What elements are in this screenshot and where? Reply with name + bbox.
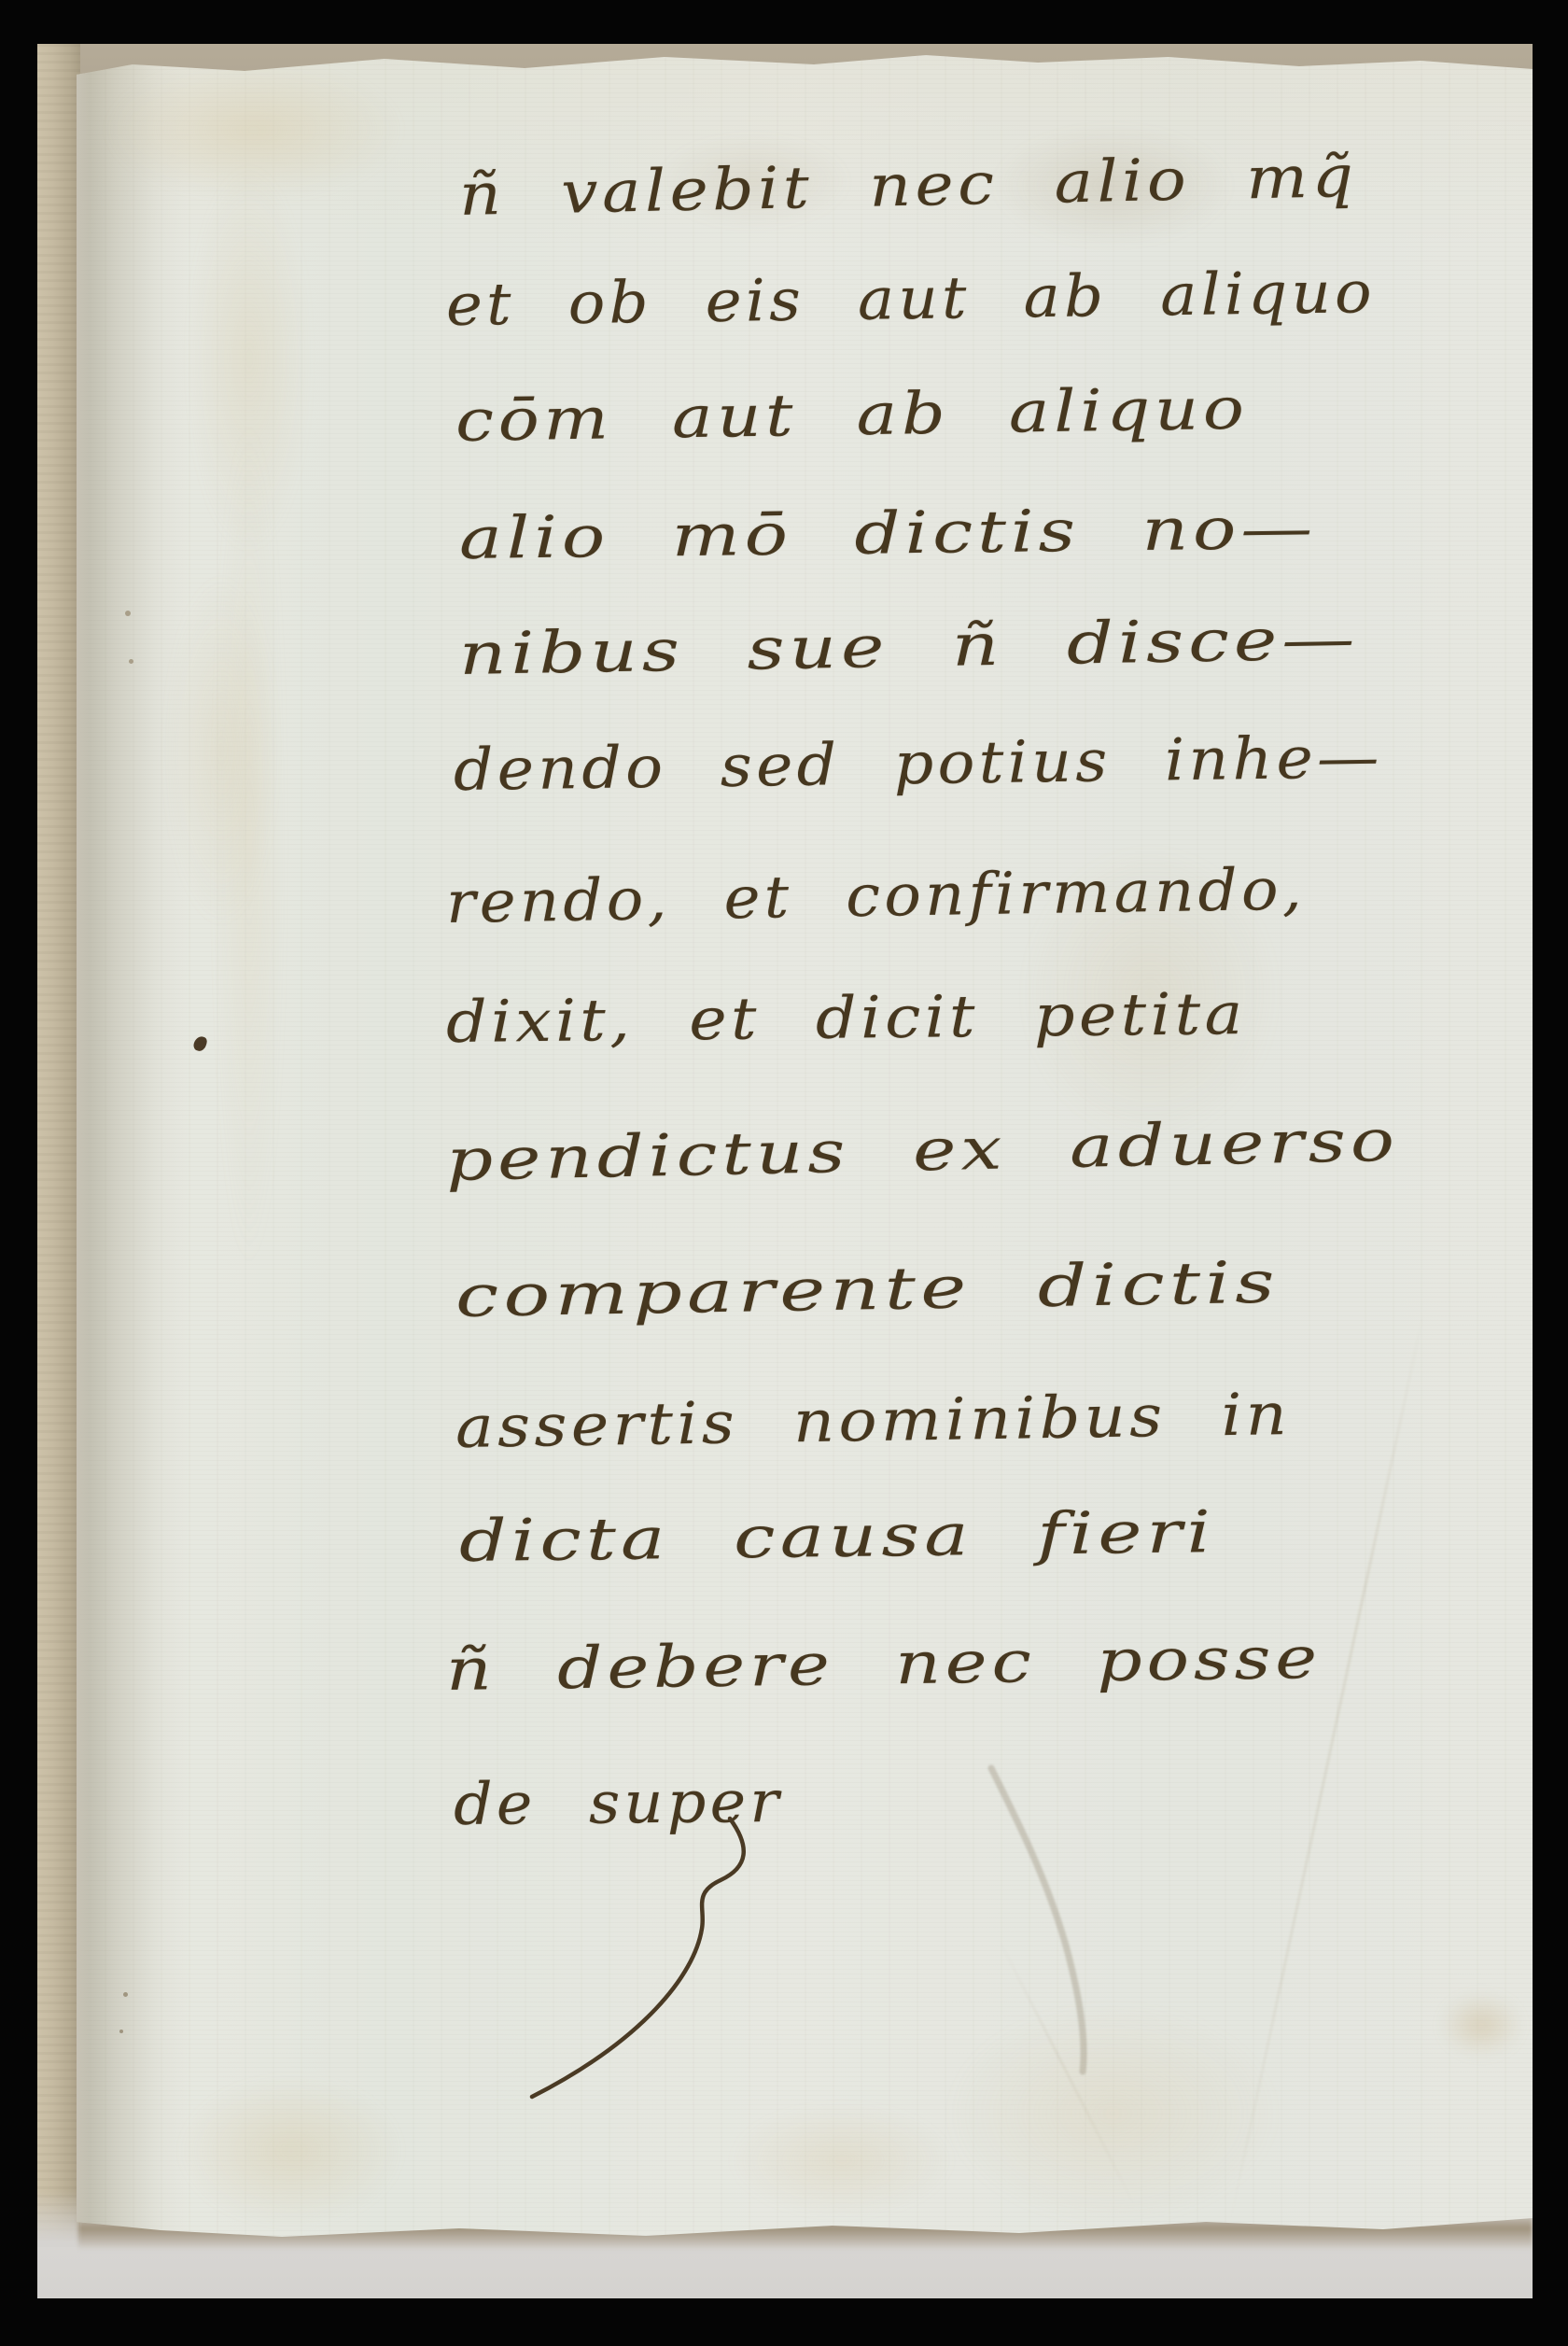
scan-frame-right (1533, 0, 1568, 2346)
pen-flourish (0, 0, 1568, 2346)
scan-frame-top (0, 0, 1568, 44)
scan-frame-bottom (0, 2298, 1568, 2346)
manuscript-scan: ñ valebit nec alio mq̃ et ob eis aut ab … (0, 0, 1568, 2346)
scan-frame-left (0, 0, 37, 2346)
